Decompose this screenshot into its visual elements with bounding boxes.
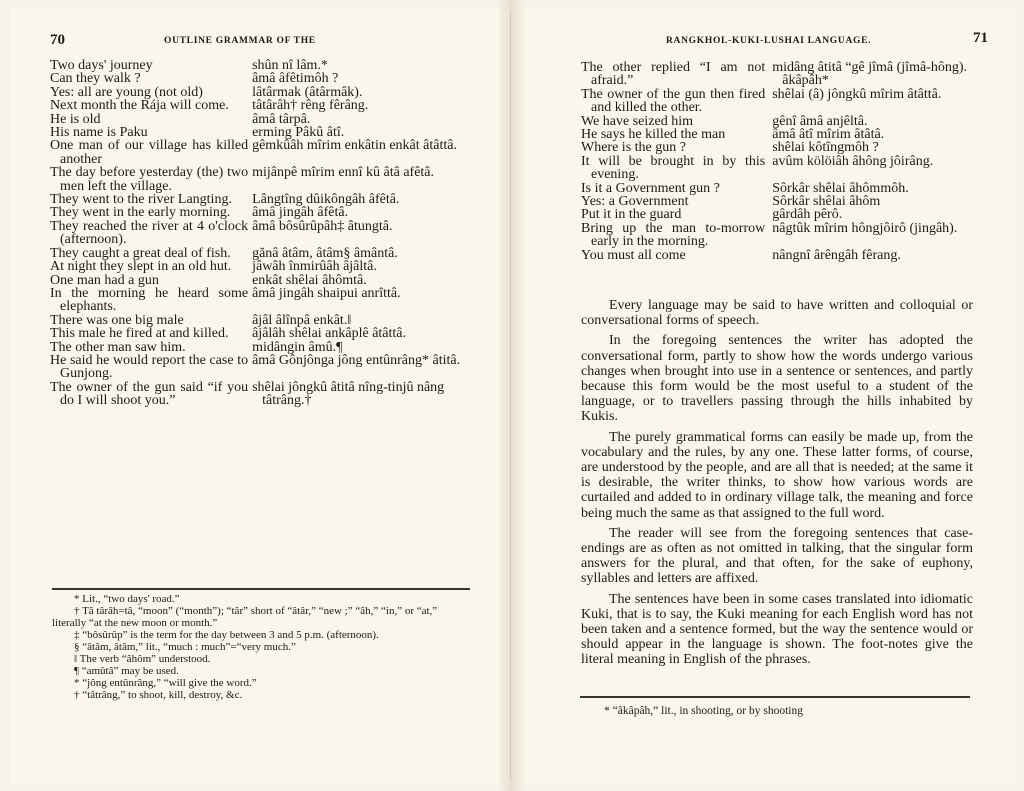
phrase-row: Bring up the man to-morrow early in the … <box>581 222 971 249</box>
english-phrase: You must all come <box>581 249 765 262</box>
english-phrase: Yes: all are young (not old) <box>50 86 248 99</box>
english-phrase: The other replied “I am not afraid.” <box>581 61 765 88</box>
footnote: ¶ “amûtâ” may be used. <box>52 665 470 677</box>
phrase-row: The owner of the gun said “if you do I w… <box>50 381 470 408</box>
kuki-phrase: lâtârmak (âtârmâk). <box>252 86 470 99</box>
kuki-phrase: âjâl âlînpâ enkât.‖ <box>252 314 470 327</box>
paragraph: Every language may be said to have writt… <box>581 298 973 328</box>
footnote-mark: * <box>74 593 80 605</box>
english-phrase: They reached the river at 4 o'clock (aft… <box>50 220 248 247</box>
kuki-phrase: avûm kölöiâh âhông jôirâng. <box>772 155 971 182</box>
paragraph: In the foregoing sentences the writer ha… <box>581 333 973 424</box>
footnote: † “tâtrâng,” to shoot, kill, destroy, &c… <box>52 689 470 701</box>
footnote-mark: ‡ <box>74 629 80 641</box>
footnote: * “jông entûnrâng,” “will give the word.… <box>52 677 470 689</box>
kuki-phrase: nângnî ârêngâh fêrang. <box>772 249 971 262</box>
footnote-text: “âkâpâh,” lit., in shooting, or by shoot… <box>613 705 803 717</box>
footnote-text: “bôsûrûp” is the term for the day betwee… <box>82 629 379 641</box>
right-page-number: 71 <box>973 30 988 47</box>
left-running-head: 70 OUTLINE GRAMMAR OF THE <box>40 34 480 50</box>
kuki-phrase: tâtârâh† rêng fêrâng. <box>252 99 470 112</box>
paragraph: The sentences have been in some cases tr… <box>581 592 973 668</box>
kuki-phrase: jâwâh înmirûâh âjâltâ. <box>252 260 470 273</box>
kuki-phrase: gănâ âtâm, âtâm§ âmântâ. <box>252 247 470 260</box>
phrase-row: Can they walk ?âmâ âfêtimôh ? <box>50 72 470 85</box>
english-phrase: Where is the gun ? <box>581 141 765 154</box>
english-phrase: Next month the Rája will come. <box>50 99 248 112</box>
english-phrase: Is it a Government gun ? <box>581 182 765 195</box>
english-phrase: In the morning he heard some elephants. <box>50 287 248 314</box>
phrase-row: They caught a great deal of fish.gănâ ât… <box>50 247 470 260</box>
english-phrase: Put it in the guard <box>581 208 765 221</box>
footnote: ‡ “bôsûrûp” is the term for the day betw… <box>52 629 470 641</box>
footnote-text: Lit., “two days' road.” <box>82 593 179 605</box>
phrase-row: He says he killed the manâmâ âtî mîrim â… <box>581 128 971 141</box>
english-phrase: One man of our village has killed anothe… <box>50 139 248 166</box>
english-phrase: They went to the river Langting. <box>50 193 248 206</box>
footnote-text: The verb “âhôm” understood. <box>80 653 211 665</box>
english-phrase: This male he fired at and killed. <box>50 327 248 340</box>
phrase-row: Yes: all are young (not old)lâtârmak (ât… <box>50 86 470 99</box>
phrase-row: Next month the Rája will come.tâtârâh† r… <box>50 99 470 112</box>
english-phrase: Can they walk ? <box>50 72 248 85</box>
english-phrase: One man had a gun <box>50 274 248 287</box>
phrase-row: Put it in the guardgârdâh pêrô. <box>581 208 971 221</box>
kuki-phrase: gârdâh pêrô. <box>772 208 971 221</box>
phrase-row: One man of our village has killed anothe… <box>50 139 470 166</box>
footnote-text: Tâ târâh=tâ, “moon” (“month”); “târ” sho… <box>52 605 437 629</box>
left-phrase-table: Two days' journeyshûn nî lâm.* Can they … <box>50 59 470 408</box>
english-phrase: The owner of the gun said “if you do I w… <box>50 381 248 408</box>
kuki-phrase: âmâ Gônjônga jông entûnrâng* âtitâ. <box>252 354 470 381</box>
right-footnote-rule <box>580 696 970 698</box>
footnote-text: “tâtrâng,” to shoot, kill, destroy, &c. <box>82 689 242 701</box>
footnote-text: “âtâm, âtâm,” lit., “much : much”=“very … <box>82 641 296 653</box>
kuki-phrase: shêlai jôngkû âtitâ nîng-tinjû nâng tâtr… <box>252 381 470 408</box>
footnote-mark: † <box>74 605 80 617</box>
english-phrase: He said he would report the case to Gunj… <box>50 354 248 381</box>
phrase-row: At night they slept in an old hut.jâwâh … <box>50 260 470 273</box>
phrase-row: There was one big maleâjâl âlînpâ enkât.… <box>50 314 470 327</box>
english-phrase: Yes: a Government <box>581 195 765 208</box>
english-phrase: The other man saw him. <box>50 341 248 354</box>
kuki-phrase: gêmkûâh mîrim enkâtin enkât âtâttâ. <box>252 139 470 166</box>
phrase-row: Yes: a GovernmentSôrkâr shêlai âhôm <box>581 195 971 208</box>
english-phrase: They caught a great deal of fish. <box>50 247 248 260</box>
phrase-row: We have seized himgênî âmâ anjêltâ. <box>581 115 971 128</box>
left-footnote-rule <box>52 588 470 590</box>
footnote: † Tâ târâh=tâ, “moon” (“month”); “târ” s… <box>52 605 470 629</box>
kuki-phrase: âmâ âfêtimôh ? <box>252 72 470 85</box>
footnote: * “âkâpâh,” lit., in shooting, or by sho… <box>604 705 964 717</box>
footnote-text: “jông entûnrâng,” “will give the word.” <box>82 677 256 689</box>
paragraph: The reader will see from the foregoing s… <box>581 526 973 587</box>
footnote-mark: § <box>74 641 80 653</box>
phrase-row: Is it a Government gun ?Sôrkâr shêlai âh… <box>581 182 971 195</box>
phrase-row: This male he fired at and killed.âjâlâh … <box>50 327 470 340</box>
paragraph: The purely grammatical forms can easily … <box>581 430 973 521</box>
phrase-row: The other man saw him.midângin âmû.¶ <box>50 341 470 354</box>
kuki-phrase: Sôrkâr shêlai âhôm <box>772 195 971 208</box>
book-gutter <box>500 0 524 791</box>
phrase-row: In the morning he heard some elephants.â… <box>50 287 470 314</box>
phrase-row: His name is Pakuerming Pâkû âtî. <box>50 126 470 139</box>
left-running-title: OUTLINE GRAMMAR OF THE <box>164 36 316 46</box>
phrase-row: One man had a gunenkât shêlai âhômtâ. <box>50 274 470 287</box>
phrase-row: They went to the river Langting.Lângtîng… <box>50 193 470 206</box>
kuki-phrase: âjâlâh shêlai ankâplê âtâttâ. <box>252 327 470 340</box>
kuki-phrase: mijânpê mîrim ennî kû âtâ afêtâ. <box>252 166 470 193</box>
footnote: ‖ The verb “âhôm” understood. <box>52 653 470 665</box>
footnote-mark: † <box>74 689 80 701</box>
kuki-phrase: midângin âmû.¶ <box>252 341 470 354</box>
kuki-phrase: Sôrkâr shêlai âhômmôh. <box>772 182 971 195</box>
phrase-row: It will be brought in by this evening.av… <box>581 155 971 182</box>
kuki-phrase: shêlai (â) jôngkû mîrim âtâttâ. <box>772 88 971 115</box>
kuki-phrase: midâng âtitâ “gê jîmâ (jîmâ-hông). âkâpâ… <box>772 61 971 88</box>
phrase-row: The owner of the gun then fired and kill… <box>581 88 971 115</box>
kuki-phrase: shêlai kôtîngmôh ? <box>772 141 971 154</box>
phrase-row: You must all comenângnî ârêngâh fêrang. <box>581 249 971 262</box>
phrase-row: They went in the early morning.âmâ jingâ… <box>50 206 470 219</box>
kuki-phrase: erming Pâkû âtî. <box>252 126 470 139</box>
english-phrase: It will be brought in by this evening. <box>581 155 765 182</box>
kuki-phrase: âmâ âtî mîrim âtâtâ. <box>772 128 971 141</box>
english-phrase: His name is Paku <box>50 126 248 139</box>
footnote-mark: ¶ <box>74 665 79 677</box>
footnote: § “âtâm, âtâm,” lit., “much : much”=“ver… <box>52 641 470 653</box>
kuki-phrase: Lângtîng dûikôngâh âfêtâ. <box>252 193 470 206</box>
kuki-phrase: gênî âmâ anjêltâ. <box>772 115 971 128</box>
english-phrase: We have seized him <box>581 115 765 128</box>
phrase-row: Where is the gun ?shêlai kôtîngmôh ? <box>581 141 971 154</box>
gutter-fold <box>510 10 511 780</box>
english-phrase: There was one big male <box>50 314 248 327</box>
english-phrase: At night they slept in an old hut. <box>50 260 248 273</box>
phrase-row: The day before yesterday (the) two men l… <box>50 166 470 193</box>
english-phrase: The owner of the gun then fired and kill… <box>581 88 765 115</box>
kuki-phrase: âmâ jingâh âfêtâ. <box>252 206 470 219</box>
right-prose: Every language may be said to have writt… <box>581 298 973 673</box>
phrase-row: Two days' journeyshûn nî lâm.* <box>50 59 470 72</box>
left-page-number: 70 <box>50 32 65 49</box>
phrase-row: He said he would report the case to Gunj… <box>50 354 470 381</box>
phrase-row: They reached the river at 4 o'clock (aft… <box>50 220 470 247</box>
kuki-phrase: shûn nî lâm.* <box>252 59 470 72</box>
book-spread: 70 OUTLINE GRAMMAR OF THE RANGKHOL-KUKI-… <box>0 0 1024 791</box>
kuki-phrase: âmâ târpâ. <box>252 113 470 126</box>
kuki-phrase: âmâ bôsûrûpâh‡ âtungtâ. <box>252 220 470 247</box>
footnote-text: “amûtâ” may be used. <box>82 665 179 677</box>
english-phrase: He is old <box>50 113 248 126</box>
english-phrase: Two days' journey <box>50 59 248 72</box>
kuki-phrase: nâgtûk mîrim hôngjôirô (jingâh). <box>772 222 971 249</box>
right-footnotes: * “âkâpâh,” lit., in shooting, or by sho… <box>604 705 964 717</box>
english-phrase: He says he killed the man <box>581 128 765 141</box>
phrase-row: He is oldâmâ târpâ. <box>50 113 470 126</box>
english-phrase: They went in the early morning. <box>50 206 248 219</box>
right-phrase-table: The other replied “I am not afraid.”midâ… <box>581 61 971 262</box>
phrase-row: The other replied “I am not afraid.”midâ… <box>581 61 971 88</box>
footnote-mark: ‖ <box>74 653 77 665</box>
english-phrase: The day before yesterday (the) two men l… <box>50 166 248 193</box>
footnote-mark: * <box>604 705 610 717</box>
right-running-title: RANGKHOL-KUKI-LUSHAI LANGUAGE. <box>666 36 871 46</box>
kuki-phrase: enkât shêlai âhômtâ. <box>252 274 470 287</box>
footnote-mark: * <box>74 677 80 689</box>
right-running-head: RANGKHOL-KUKI-LUSHAI LANGUAGE. 71 <box>560 34 990 50</box>
footnote: * Lit., “two days' road.” <box>52 593 470 605</box>
kuki-phrase: âmâ jingâh shaipui anrîttâ. <box>252 287 470 314</box>
left-footnotes: * Lit., “two days' road.” † Tâ târâh=tâ,… <box>52 593 470 701</box>
english-phrase: Bring up the man to-morrow early in the … <box>581 222 765 249</box>
